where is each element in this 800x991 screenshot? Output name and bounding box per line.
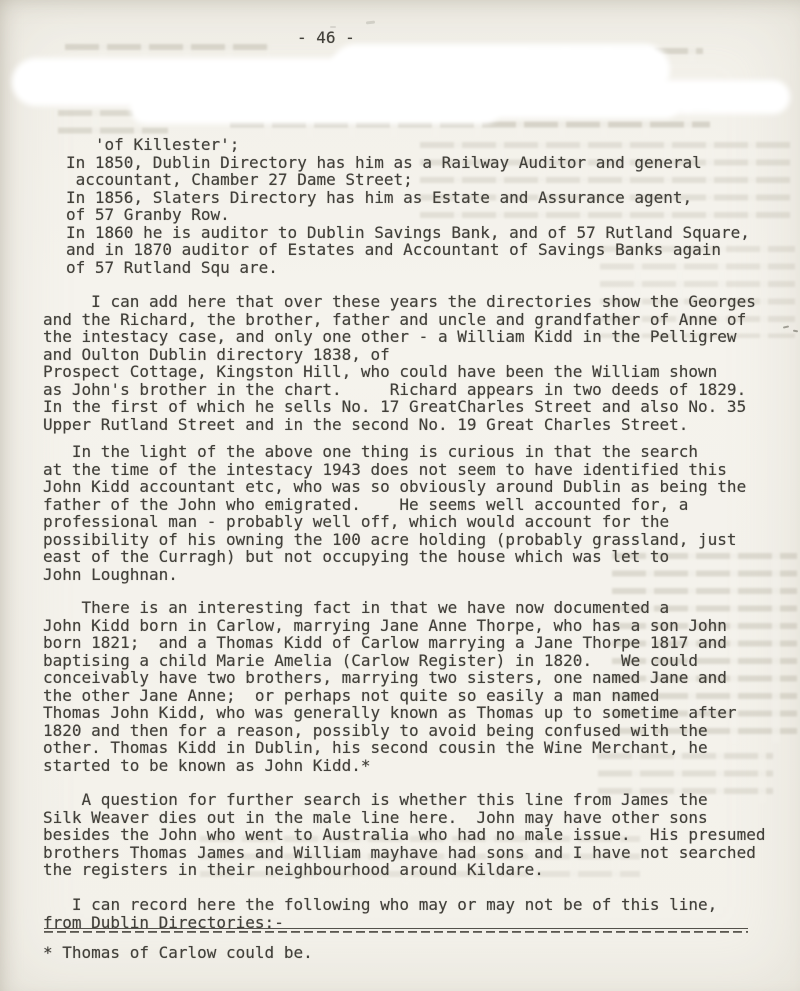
whiteout-correction: [420, 88, 680, 118]
paragraph-intestacy-search: In the light of the above one thing is c…: [43, 443, 746, 583]
paragraph-directories-observations: I can add here that over these years the…: [43, 293, 756, 433]
paragraph-directory-entries: 'of Killester'; In 1850, Dublin Director…: [66, 136, 750, 276]
document-page: - 46 - 'of Killester'; In 1850, Dublin D…: [0, 0, 800, 991]
bleedthrough-ghost-text: [65, 44, 270, 58]
footnote-separator-rule: [44, 928, 748, 934]
paragraph-interesting-fact: There is an interesting fact in that we …: [43, 599, 737, 774]
paragraph-record-intro: I can record here the following who may …: [43, 896, 717, 931]
page-number: - 46 -: [297, 29, 355, 47]
ink-speck: [366, 21, 375, 25]
paragraph-further-search: A question for further search is whether…: [43, 791, 765, 879]
footnote: * Thomas of Carlow could be.: [43, 944, 313, 962]
